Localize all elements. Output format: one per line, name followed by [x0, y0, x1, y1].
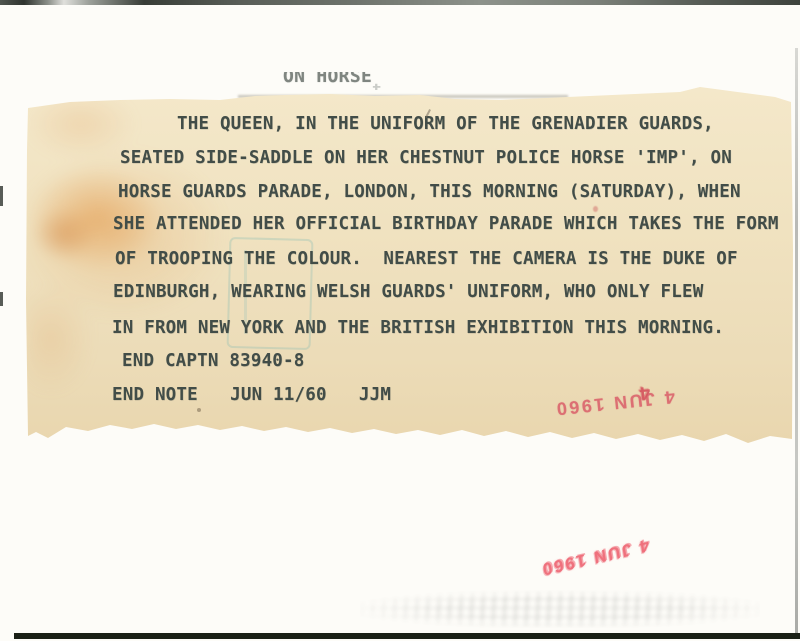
- caption-line: END NOTE JUN 11/60 JJM: [112, 385, 391, 405]
- press-photo-caption-card: ON HORSE t . THE QUEEN, IN THE UNIFORM O…: [0, 0, 800, 641]
- cut-off-typed-line-text: ON HORSE: [283, 72, 543, 86]
- cut-off-typed-fragment: t .: [372, 80, 401, 90]
- cut-off-typed-line: ON HORSE: [283, 72, 543, 86]
- scan-edge-top: [0, 0, 800, 5]
- scan-edge-bottom: [14, 633, 800, 639]
- scan-edge-right: [795, 48, 798, 636]
- caption-line: IN FROM NEW YORK AND THE BRITISH EXHIBIT…: [112, 318, 724, 338]
- print-offset-noise: [360, 590, 760, 628]
- caption-line: SHE ATTENDED HER OFFICIAL BIRTHDAY PARAD…: [113, 214, 779, 234]
- caption-line: THE QUEEN, IN THE UNIFORM OF THE GRENADI…: [177, 114, 714, 134]
- caption-line: EDINBURGH, WEARING WELSH GUARDS' UNIFORM…: [113, 282, 703, 302]
- scan-edge-left-mark: [0, 186, 3, 206]
- red-speck: [593, 206, 598, 212]
- date-stamp-ink-blot: 4: [623, 377, 652, 406]
- dust-speck: [197, 408, 201, 412]
- caption-line: OF TROOPING THE COLOUR. NEAREST THE CAME…: [115, 249, 738, 269]
- caption-paper: THE QUEEN, IN THE UNIFORM OF THE GRENADI…: [26, 84, 793, 446]
- scan-edge-left-mark: [0, 292, 3, 306]
- caption-line: SEATED SIDE-SADDLE ON HER CHESTNUT POLIC…: [120, 148, 732, 168]
- date-stamp-on-mat: 4 JUN 1960: [530, 531, 651, 582]
- caption-line: HORSE GUARDS PARADE, LONDON, THIS MORNIN…: [118, 182, 741, 202]
- caption-line: END CAPTN 83940-8: [122, 351, 305, 371]
